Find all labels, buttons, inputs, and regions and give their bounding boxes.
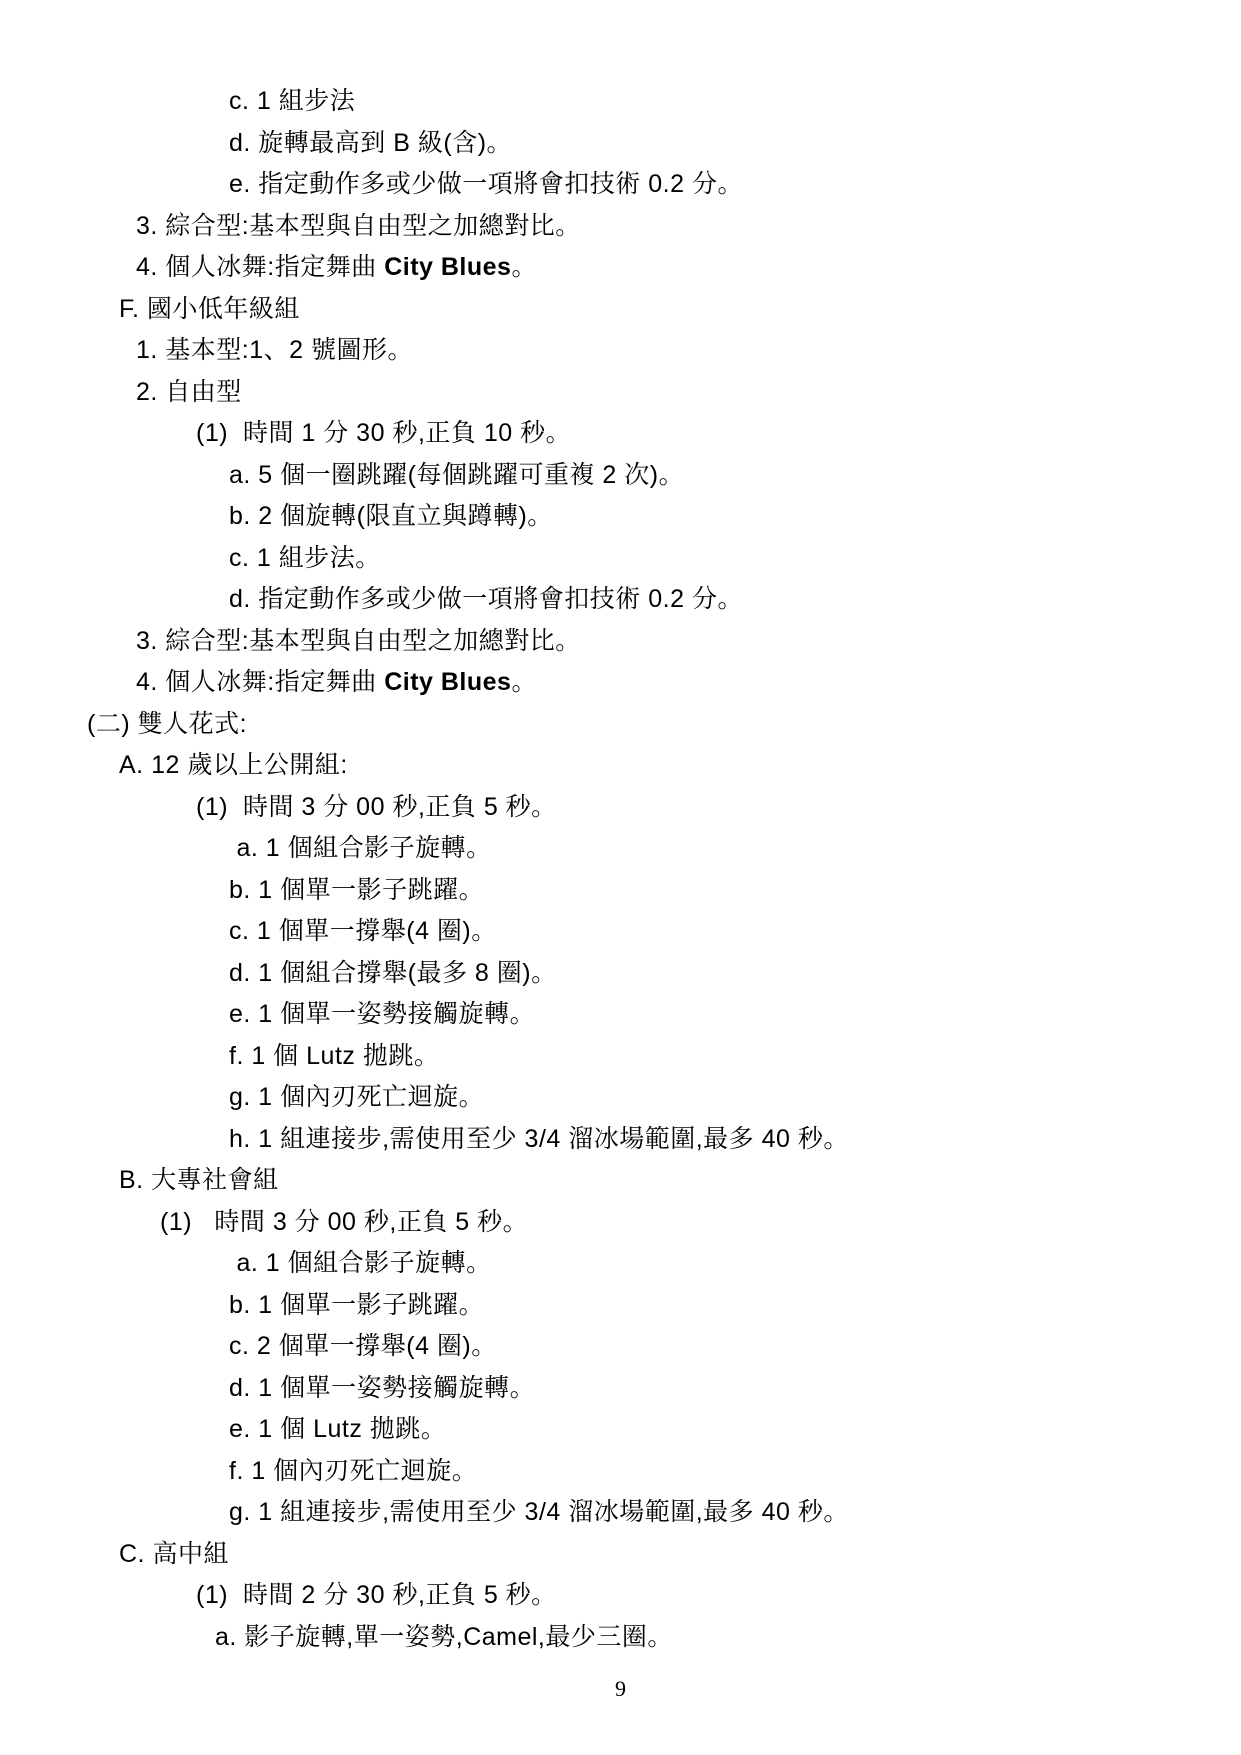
text-segment: City Blues (384, 668, 511, 696)
text-segment: 3. 綜合型:基本型與自由型之加總對比。 (136, 627, 581, 655)
text-segment: (1) 時間 3 分 00 秒,正負 5 秒。 (160, 1208, 528, 1236)
text-segment: a. 影子旋轉,單一姿勢,Camel,最少三圈。 (215, 1623, 673, 1651)
document-line: A. 12 歲以上公開組: (0, 745, 1241, 787)
document-line: (1) 時間 3 分 00 秒,正負 5 秒。 (0, 787, 1241, 829)
document-line: c. 2 個單一撐舉(4 圈)。 (0, 1326, 1241, 1368)
text-segment: c. 1 組步法 (229, 87, 355, 115)
text-segment: g. 1 組連接步,需使用至少 3/4 溜冰場範圍,最多 40 秒。 (229, 1498, 849, 1526)
document-line: 3. 綜合型:基本型與自由型之加總對比。 (0, 206, 1241, 248)
text-segment: d. 1 個單一姿勢接觸旋轉。 (229, 1374, 535, 1402)
document-line: 4. 個人冰舞:指定舞曲 City Blues。 (0, 247, 1241, 289)
document-line: e. 1 個 Lutz 拋跳。 (0, 1409, 1241, 1451)
text-segment: B. 大專社會組 (119, 1166, 279, 1194)
text-segment: d. 1 個組合撐舉(最多 8 圈)。 (229, 959, 557, 987)
text-segment: g. 1 個內刃死亡迴旋。 (229, 1083, 484, 1111)
text-segment: 。 (511, 253, 537, 281)
text-segment: c. 1 組步法。 (229, 544, 381, 572)
text-segment: 。 (511, 668, 537, 696)
text-segment: e. 1 個 Lutz 拋跳。 (229, 1415, 446, 1443)
document-line: 4. 個人冰舞:指定舞曲 City Blues。 (0, 662, 1241, 704)
text-segment: d. 旋轉最高到 B 級(含)。 (229, 129, 512, 157)
document-line: e. 指定動作多或少做一項將會扣技術 0.2 分。 (0, 164, 1241, 206)
document-line: (1) 時間 2 分 30 秒,正負 5 秒。 (0, 1575, 1241, 1617)
document-line: 1. 基本型:1、2 號圖形。 (0, 330, 1241, 372)
document-line: c. 1 組步法。 (0, 538, 1241, 580)
text-segment: f. 1 個 Lutz 拋跳。 (229, 1042, 439, 1070)
document-line: b. 1 個單一影子跳躍。 (0, 870, 1241, 912)
document-line: h. 1 組連接步,需使用至少 3/4 溜冰場範圍,最多 40 秒。 (0, 1119, 1241, 1161)
document-line: (1) 時間 3 分 00 秒,正負 5 秒。 (0, 1202, 1241, 1244)
document-line: g. 1 組連接步,需使用至少 3/4 溜冰場範圍,最多 40 秒。 (0, 1492, 1241, 1534)
text-segment: (二) 雙人花式: (87, 710, 247, 738)
document-line: 2. 自由型 (0, 372, 1241, 414)
text-segment: A. 12 歲以上公開組: (119, 751, 348, 779)
text-segment: C. 高中組 (119, 1540, 229, 1568)
text-segment: b. 2 個旋轉(限直立與蹲轉)。 (229, 502, 553, 530)
document-line: a. 1 個組合影子旋轉。 (0, 828, 1241, 870)
document-line: f. 1 個 Lutz 拋跳。 (0, 1036, 1241, 1078)
text-segment: City Blues (384, 253, 511, 281)
document-line: a. 5 個一圈跳躍(每個跳躍可重複 2 次)。 (0, 455, 1241, 497)
text-segment: b. 1 個單一影子跳躍。 (229, 1291, 484, 1319)
document-line: (1) 時間 1 分 30 秒,正負 10 秒。 (0, 413, 1241, 455)
document-line: a. 影子旋轉,單一姿勢,Camel,最少三圈。 (0, 1617, 1241, 1659)
text-segment: f. 1 個內刃死亡迴旋。 (229, 1457, 477, 1485)
text-segment: F. 國小低年級組 (119, 295, 300, 323)
document-line: c. 1 組步法 (0, 81, 1241, 123)
text-segment: h. 1 組連接步,需使用至少 3/4 溜冰場範圍,最多 40 秒。 (229, 1125, 849, 1153)
document-line: 3. 綜合型:基本型與自由型之加總對比。 (0, 621, 1241, 663)
document-line: d. 旋轉最高到 B 級(含)。 (0, 123, 1241, 165)
document-line: d. 1 個組合撐舉(最多 8 圈)。 (0, 953, 1241, 995)
text-segment: e. 指定動作多或少做一項將會扣技術 0.2 分。 (229, 170, 743, 198)
text-segment: a. 1 個組合影子旋轉。 (229, 834, 492, 862)
page-number: 9 (0, 1676, 1241, 1702)
document-line: a. 1 個組合影子旋轉。 (0, 1243, 1241, 1285)
document-line: e. 1 個單一姿勢接觸旋轉。 (0, 994, 1241, 1036)
text-segment: 4. 個人冰舞:指定舞曲 (136, 668, 384, 696)
text-segment: c. 1 個單一撐舉(4 圈)。 (229, 917, 497, 945)
text-segment: 3. 綜合型:基本型與自由型之加總對比。 (136, 212, 581, 240)
text-segment: b. 1 個單一影子跳躍。 (229, 876, 484, 904)
text-segment: (1) 時間 3 分 00 秒,正負 5 秒。 (196, 793, 557, 821)
text-segment: d. 指定動作多或少做一項將會扣技術 0.2 分。 (229, 585, 743, 613)
text-segment: a. 1 個組合影子旋轉。 (229, 1249, 492, 1277)
document-line: d. 指定動作多或少做一項將會扣技術 0.2 分。 (0, 579, 1241, 621)
text-segment: 4. 個人冰舞:指定舞曲 (136, 253, 384, 281)
document-body: c. 1 組步法d. 旋轉最高到 B 級(含)。e. 指定動作多或少做一項將會扣… (0, 81, 1241, 1658)
text-segment: a. 5 個一圈跳躍(每個跳躍可重複 2 次)。 (229, 461, 684, 489)
document-line: d. 1 個單一姿勢接觸旋轉。 (0, 1368, 1241, 1410)
document-line: C. 高中組 (0, 1534, 1241, 1576)
document-page: c. 1 組步法d. 旋轉最高到 B 級(含)。e. 指定動作多或少做一項將會扣… (0, 0, 1241, 1755)
text-segment: 2. 自由型 (136, 378, 242, 406)
text-segment: e. 1 個單一姿勢接觸旋轉。 (229, 1000, 535, 1028)
text-segment: (1) 時間 1 分 30 秒,正負 10 秒。 (196, 419, 571, 447)
document-line: g. 1 個內刃死亡迴旋。 (0, 1077, 1241, 1119)
document-line: F. 國小低年級組 (0, 289, 1241, 331)
document-line: c. 1 個單一撐舉(4 圈)。 (0, 911, 1241, 953)
document-line: b. 2 個旋轉(限直立與蹲轉)。 (0, 496, 1241, 538)
document-line: f. 1 個內刃死亡迴旋。 (0, 1451, 1241, 1493)
text-segment: 1. 基本型:1、2 號圖形。 (136, 336, 413, 364)
document-line: (二) 雙人花式: (0, 704, 1241, 746)
text-segment: c. 2 個單一撐舉(4 圈)。 (229, 1332, 497, 1360)
text-segment: (1) 時間 2 分 30 秒,正負 5 秒。 (196, 1581, 557, 1609)
document-line: B. 大專社會組 (0, 1160, 1241, 1202)
document-line: b. 1 個單一影子跳躍。 (0, 1285, 1241, 1327)
